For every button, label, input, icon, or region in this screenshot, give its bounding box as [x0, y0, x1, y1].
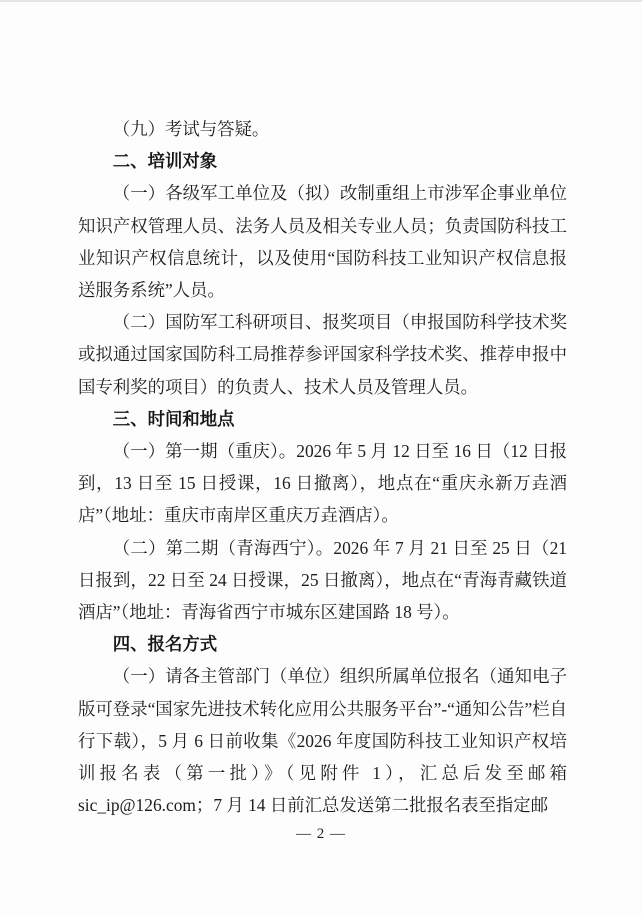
paragraph-registration-instructions: （一）请各主管部门（单位）组织所属单位报名（通知电子版可登录“国家先进技术转化应… [78, 660, 567, 821]
document-page: （九）考试与答疑。 二、培训对象 （一）各级军工单位及（拟）改制重组上市涉军企事… [0, 0, 642, 916]
paragraph-target-group-2: （二）国防军工科研项目、报奖项目（申报国防科学技术奖或拟通过国家国防科工局推荐参… [78, 306, 567, 403]
paragraph-exam-and-qa: （九）考试与答疑。 [78, 113, 567, 145]
scan-edge-artifact [0, 0, 642, 2]
paragraph-session-2-xining: （二）第二期（青海西宁）。2026 年 7 月 21 日至 25 日（21 日报… [78, 532, 567, 629]
page-number: — 2 — [0, 826, 642, 843]
section-heading-training-targets: 二、培训对象 [78, 145, 567, 177]
section-heading-registration-method: 四、报名方式 [78, 628, 567, 660]
section-heading-time-and-place: 三、时间和地点 [78, 403, 567, 435]
document-body: （九）考试与答疑。 二、培训对象 （一）各级军工单位及（拟）改制重组上市涉军企事… [78, 113, 567, 821]
paragraph-session-1-chongqing: （一）第一期（重庆）。2026 年 5 月 12 日至 16 日（12 日报到，… [78, 435, 567, 532]
paragraph-target-group-1: （一）各级军工单位及（拟）改制重组上市涉军企事业单位知识产权管理人员、法务人员及… [78, 177, 567, 306]
